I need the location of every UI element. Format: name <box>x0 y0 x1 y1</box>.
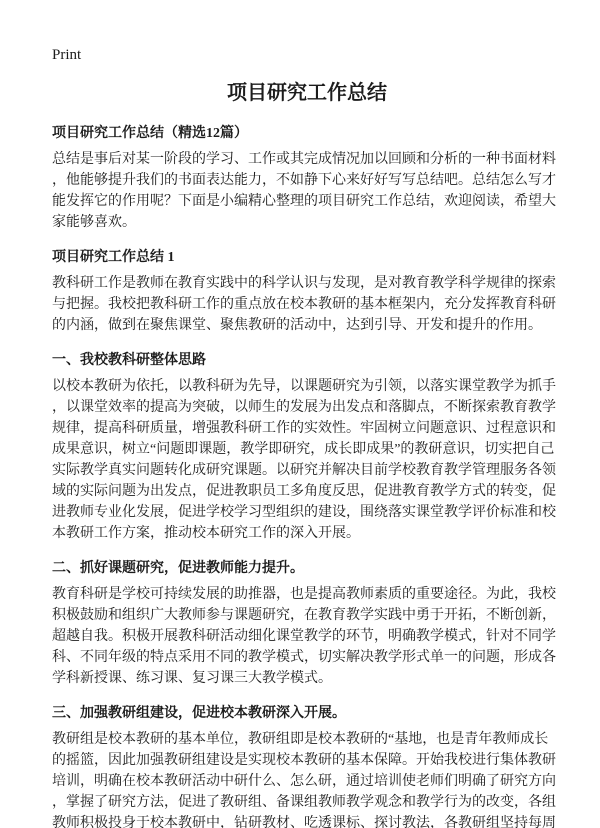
section-3-heading: 二、抓好课题研究，促进教师能力提升。 <box>52 558 562 579</box>
section-1-paragraph: 教科研工作是教师在教育实践中的科学认识与发现，是对教育教学科学规律的探索与把握。… <box>52 273 562 336</box>
intro-paragraph: 总结是事后对某一阶段的学习、工作或其完成情况加以回顾和分析的一种书面材料，他能够… <box>52 149 562 233</box>
section-4-heading: 三、加强教研组建设，促进校本教研深入开展。 <box>52 703 562 724</box>
doc-subtitle: 项目研究工作总结（精选12篇） <box>52 123 562 144</box>
page-title: 项目研究工作总结 <box>52 80 562 106</box>
section-3-paragraph: 教育科研是学校可持续发展的助推器，也是提高教师素质的重要途径。为此，我校积极鼓励… <box>52 584 562 689</box>
section-2-heading: 一、我校教科研整体思路 <box>52 350 562 371</box>
section-2-paragraph: 以校本教研为依托，以教科研为先导，以课题研究为引领，以落实课堂教学为抓手，以课堂… <box>52 376 562 544</box>
print-link[interactable]: Print <box>52 46 562 64</box>
document-page: Print 项目研究工作总结 项目研究工作总结（精选12篇） 总结是事后对某一阶… <box>0 0 600 828</box>
section-4-paragraph: 教研组是校本教研的基本单位，教研组即是校本教研的“基地，也是青年教师成长的摇篮，… <box>52 729 562 828</box>
section-1-heading: 项目研究工作总结 1 <box>52 247 562 268</box>
